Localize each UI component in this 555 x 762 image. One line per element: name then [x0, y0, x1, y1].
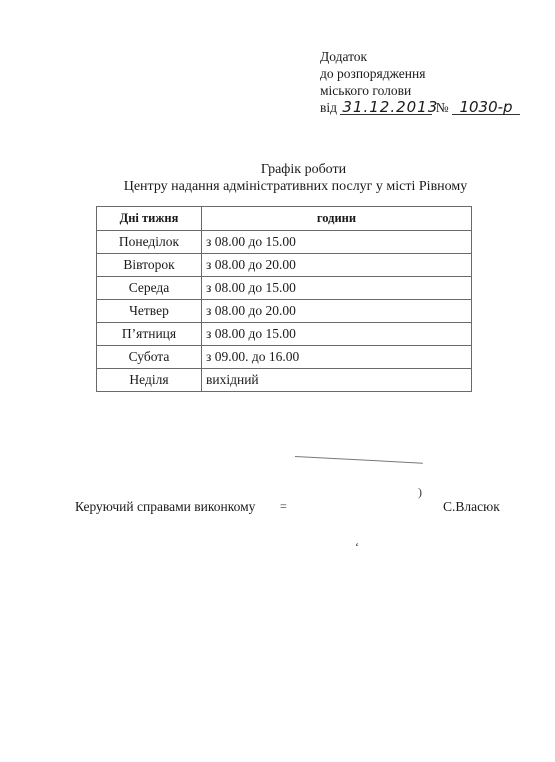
table-row: Вівторок з 08.00 до 20.00: [97, 254, 472, 277]
day-cell: П’ятниця: [97, 323, 202, 346]
signer-name: С.Власюк: [443, 499, 500, 515]
annex-line-1: Додаток: [320, 48, 520, 65]
hours-cell: вихідний: [202, 369, 472, 392]
table-row: П’ятниця з 08.00 до 15.00: [97, 323, 472, 346]
table-row: Неділя вихідний: [97, 369, 472, 392]
signature-mark: =: [280, 499, 287, 514]
day-cell: Субота: [97, 346, 202, 369]
signature-stroke: [295, 456, 423, 464]
day-cell: Неділя: [97, 369, 202, 392]
day-cell: Понеділок: [97, 231, 202, 254]
table-row: Четвер з 08.00 до 20.00: [97, 300, 472, 323]
hours-cell: з 08.00 до 15.00: [202, 277, 472, 300]
table-row: Понеділок з 08.00 до 15.00: [97, 231, 472, 254]
table-header-row: Дні тижня години: [97, 207, 472, 231]
annex-line-2: до розпорядження: [320, 65, 520, 82]
day-cell: Четвер: [97, 300, 202, 323]
hours-cell: з 08.00 до 15.00: [202, 231, 472, 254]
handwritten-date: 31.12.2013: [340, 100, 432, 115]
hours-cell: з 08.00 до 20.00: [202, 300, 472, 323]
handwritten-number: 1030-р: [452, 100, 520, 115]
hours-cell: з 09.00. до 16.00: [202, 346, 472, 369]
from-label: від: [320, 100, 337, 115]
table-row: Субота з 09.00. до 16.00: [97, 346, 472, 369]
annex-line-3: міського голови: [320, 82, 520, 99]
header-days: Дні тижня: [97, 207, 202, 231]
day-cell: Середа: [97, 277, 202, 300]
signer-position: Керуючий справами виконкому: [75, 499, 255, 515]
document-title: Графік роботи Центру надання адміністрат…: [0, 161, 555, 195]
hours-cell: з 08.00 до 15.00: [202, 323, 472, 346]
signature-mark: ‘: [355, 540, 359, 555]
day-cell: Вівторок: [97, 254, 202, 277]
schedule-table: Дні тижня години Понеділок з 08.00 до 15…: [96, 206, 472, 392]
number-label: №: [436, 100, 449, 115]
hours-cell: з 08.00 до 20.00: [202, 254, 472, 277]
title-line-1: Графік роботи: [0, 161, 555, 178]
annex-header: Додаток до розпорядження міського голови…: [320, 48, 520, 116]
title-line-2: Центру надання адміністративних послуг у…: [0, 178, 555, 195]
annex-date-number: від 31.12.2013 № 1030-р: [320, 99, 520, 116]
signature-mark: ): [418, 485, 422, 500]
header-hours: години: [202, 207, 472, 231]
table-row: Середа з 08.00 до 15.00: [97, 277, 472, 300]
